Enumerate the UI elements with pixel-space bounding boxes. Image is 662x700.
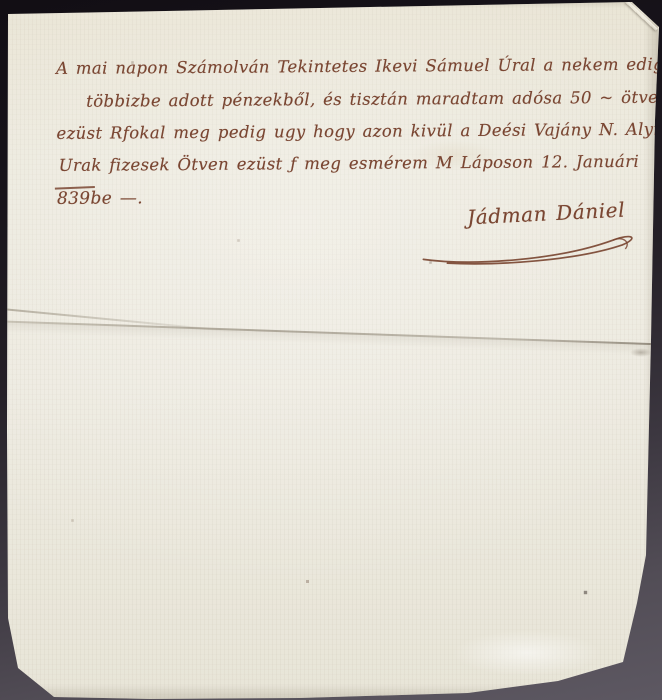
scan-background: A mai napon Számolván Tekintetes Ikevi S… <box>0 0 662 700</box>
letter-line-5: 839be —. <box>57 188 143 209</box>
letter-line-4: Urak fizesek Ötven ezüst ƒ meg esmérem M… <box>59 152 640 175</box>
letter-line-3: ezüst Rfokal meg pedig ugy hogy azon kiv… <box>56 120 662 143</box>
letter-paper: A mai napon Számolván Tekintetes Ikevi S… <box>0 0 662 700</box>
letter-text-block: A mai napon Számolván Tekintetes Ikevi S… <box>0 0 662 700</box>
letter-line-1: A mai napon Számolván Tekintetes Ikevi S… <box>56 55 662 78</box>
paper-specks <box>0 0 1 1</box>
signature-flourish-icon <box>417 222 652 268</box>
letter-line-2: többizbe adott pénzekből, és tisztán mar… <box>86 88 662 111</box>
